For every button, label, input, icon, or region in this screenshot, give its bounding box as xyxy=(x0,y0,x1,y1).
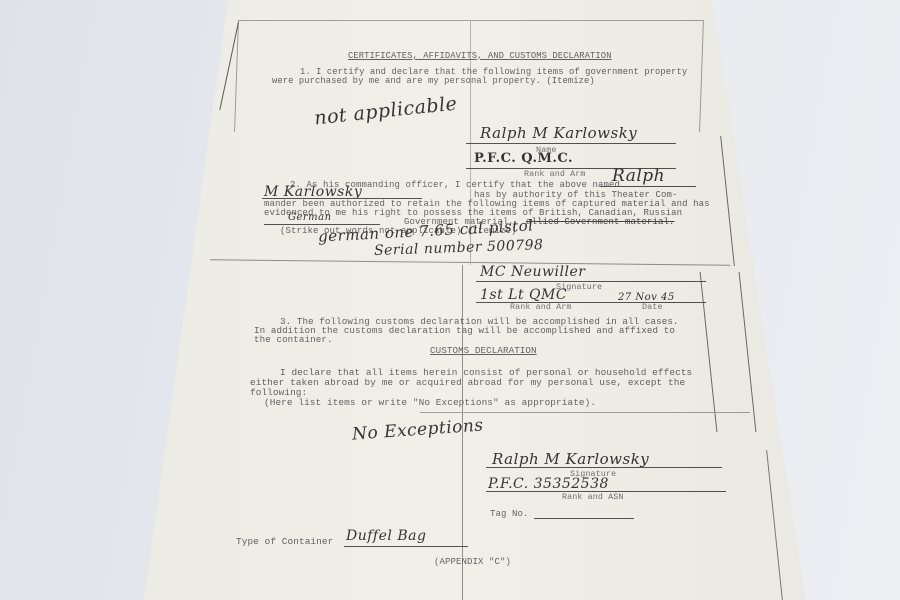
named-line xyxy=(600,186,696,187)
fold-left-curve xyxy=(219,22,239,110)
rank-arm-line xyxy=(466,168,676,169)
fold-outline-right-upper xyxy=(691,136,735,266)
officer-rank-label: Rank and Arm xyxy=(510,302,572,312)
officer-date-label: Date xyxy=(642,302,663,312)
handwritten-item-pistol: german one 7.65 cal pistol xyxy=(318,216,534,245)
officer-signature-label: Signature xyxy=(556,282,602,292)
section2-line1: 2. As his commanding officer, I certify … xyxy=(290,180,620,190)
appendix-label: (APPENDIX "C") xyxy=(434,557,511,567)
declarant-rank-label: Rank and ASN xyxy=(562,492,624,502)
container-type-label: Type of Container xyxy=(236,536,333,547)
declaration-line3: following: xyxy=(250,387,307,398)
officer-date: 27 Nov 45 xyxy=(618,292,675,303)
officer-signature-line xyxy=(476,281,706,282)
customs-declaration-heading: CUSTOMS DECLARATION xyxy=(430,345,537,356)
fold-outline-top xyxy=(234,20,704,132)
nation-line xyxy=(264,224,380,225)
declarant-rank-line xyxy=(486,491,726,492)
name-signature: Ralph M Karlowsky xyxy=(480,124,637,142)
section2-line2: has by authority of this Theater Com- xyxy=(474,190,678,200)
section3-line2: In addition the customs declaration tag … xyxy=(254,325,675,336)
container-type-value: Duffel Bag xyxy=(346,528,426,544)
handwritten-first-name: Ralph xyxy=(612,166,665,186)
section2-line4: evidenced to me his right to possess the… xyxy=(264,208,682,218)
name-line xyxy=(466,143,676,144)
officer-signature: MC Neuwiller xyxy=(480,264,585,280)
declaration-line1: I declare that all items herein consist … xyxy=(280,367,692,378)
fold-line-center-upper xyxy=(470,20,471,265)
section2-line3: mander been authorized to retain the fol… xyxy=(264,199,710,209)
declaration-line2: either taken abroad by me or acquired ab… xyxy=(250,377,685,388)
handwritten-last-name: M Karlowsky xyxy=(264,184,362,200)
container-type-line xyxy=(344,546,468,547)
section3-line1: 3. The following customs declaration wil… xyxy=(280,316,679,327)
section3-line3: the container. xyxy=(254,334,333,345)
fold-outline-bottom-right xyxy=(727,450,783,600)
section1-line2: were purchased by me and are my personal… xyxy=(272,76,595,86)
last-name-line xyxy=(262,198,422,199)
handwritten-nation: German xyxy=(288,212,332,223)
section2-line5: Government material, xyxy=(404,217,514,227)
fold-line-upper xyxy=(210,259,730,265)
declaration-line4: (Here list items or write "No Exceptions… xyxy=(264,397,596,408)
officer-rank-line xyxy=(476,302,706,303)
rank-arm-value: P.F.C. Q.M.C. xyxy=(474,151,573,166)
declarant-rank-asn: P.F.C. 35352538 xyxy=(488,476,609,492)
declarant-signature-line xyxy=(486,467,722,468)
name-label: Name xyxy=(536,145,557,155)
tag-number-label: Tag No. xyxy=(490,509,529,519)
document-title: CERTIFICATES, AFFIDAVITS, AND CUSTOMS DE… xyxy=(348,51,612,61)
document-paper: CERTIFICATES, AFFIDAVITS, AND CUSTOMS DE… xyxy=(0,0,900,600)
fold-outline-right-lower xyxy=(700,272,757,432)
handwritten-no-exceptions: No Exceptions xyxy=(351,415,484,444)
section2-line6: (Strike out words not applicable) (Itemi… xyxy=(280,226,517,236)
tag-number-line xyxy=(534,518,634,519)
declarant-signature: Ralph M Karlowsky xyxy=(492,450,649,468)
officer-rank: 1st Lt QMC xyxy=(480,287,567,303)
section2-struck-text: allied Government material. xyxy=(526,217,675,227)
section1-line1: 1. I certify and declare that the follow… xyxy=(300,67,687,77)
rank-arm-label: Rank and Arm xyxy=(524,169,586,179)
declarant-signature-label: Signature xyxy=(570,469,616,479)
handwritten-not-applicable: not applicable xyxy=(313,93,458,130)
fold-line-lower xyxy=(420,412,750,413)
handwritten-serial-number: Serial number 500798 xyxy=(374,237,544,259)
fold-line-center xyxy=(462,265,463,600)
